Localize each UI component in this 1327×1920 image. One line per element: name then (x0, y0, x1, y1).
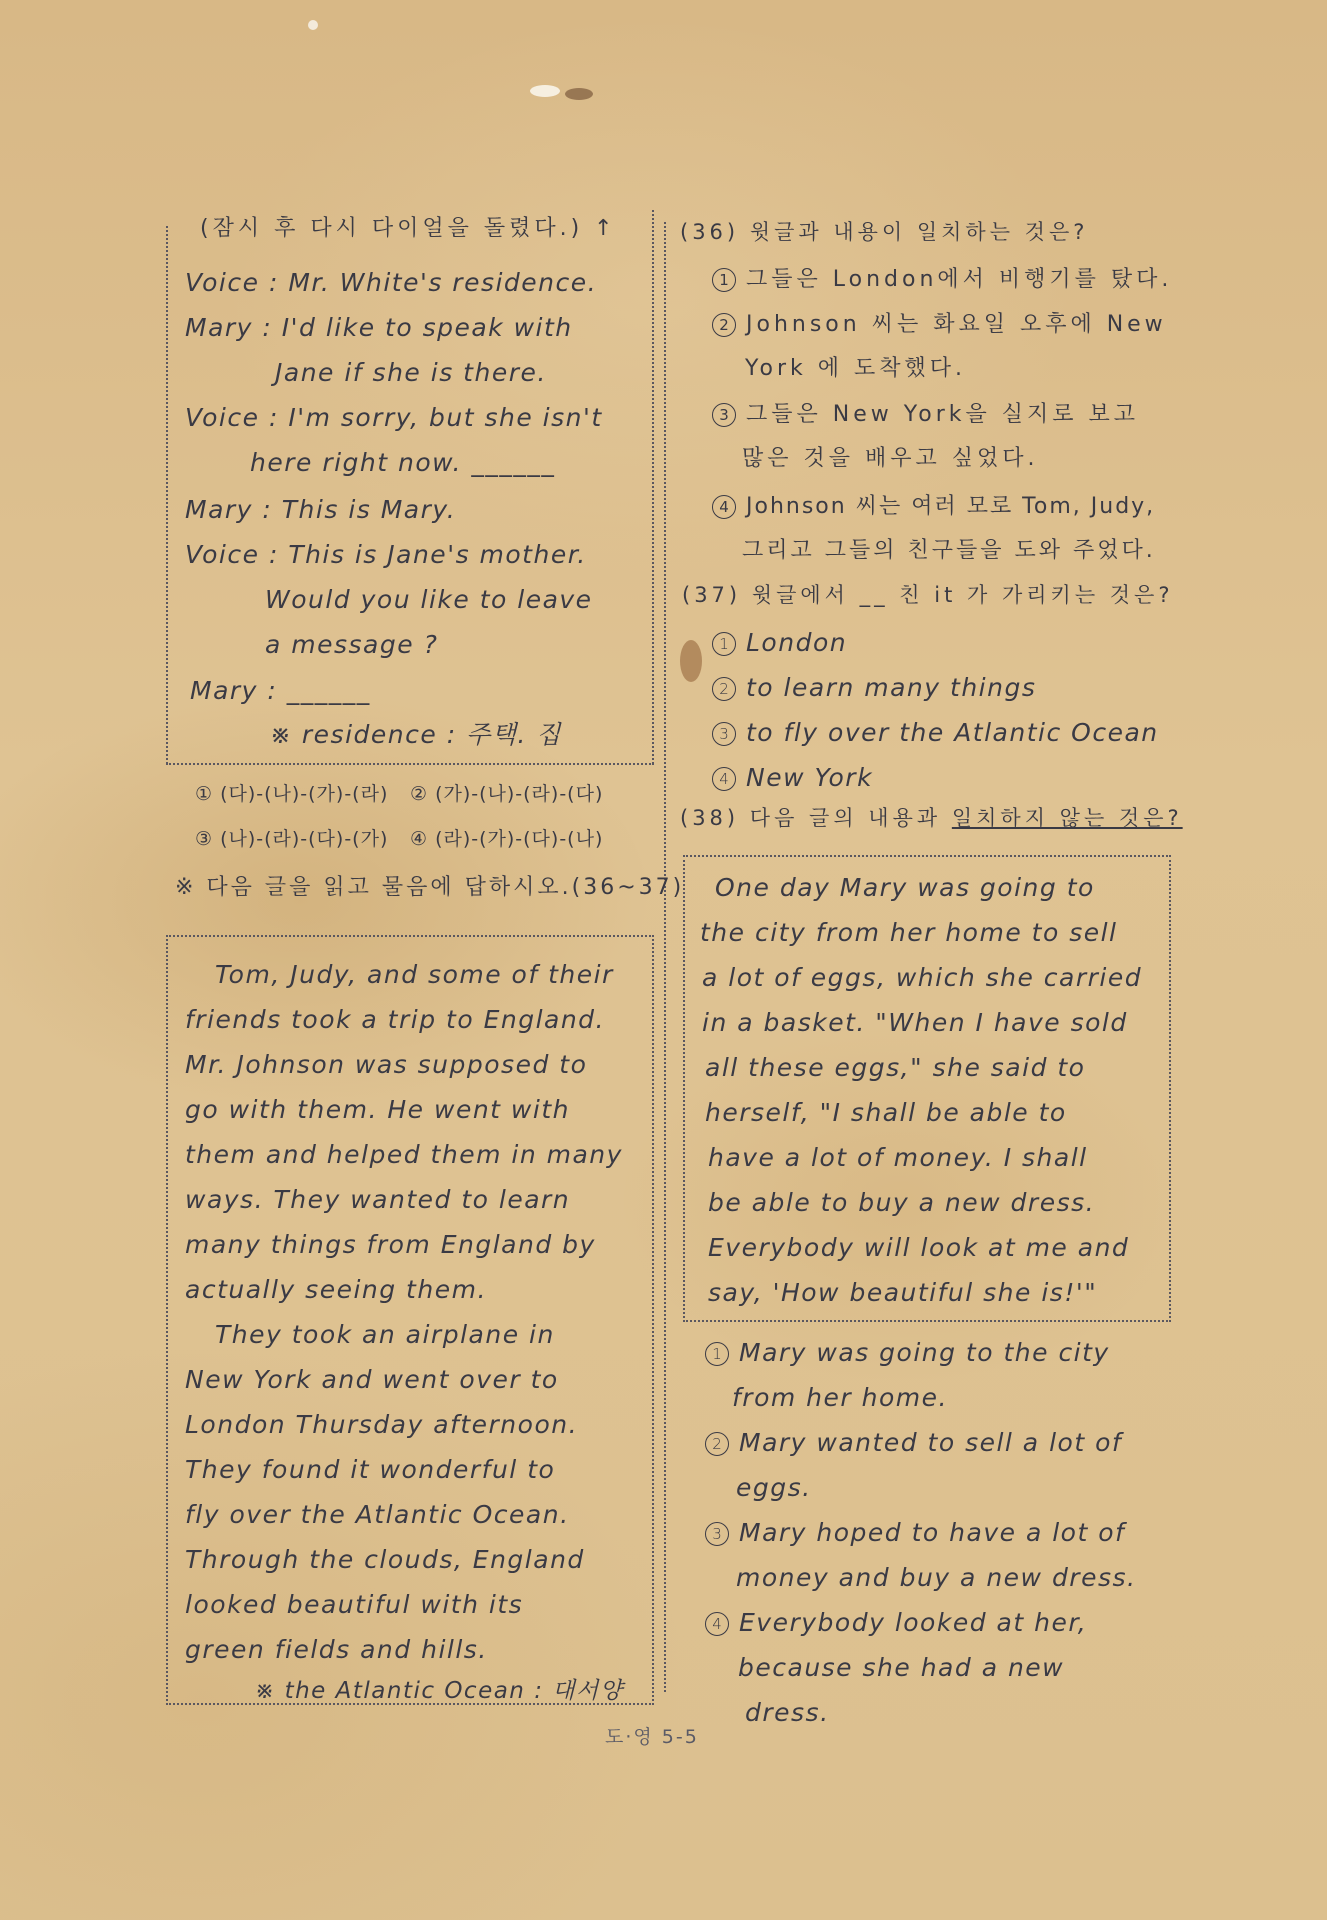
option-text: to fly over the Atlantic Ocean (746, 718, 1159, 747)
passage-line: many things from England by (185, 1232, 596, 1257)
circled-number-icon: 3 (705, 1522, 729, 1546)
option-1: ① (다)-(나)-(가)-(라) (195, 785, 388, 804)
dialogue-box-bottom-border (166, 763, 654, 765)
q37-option-3: 3to fly over the Atlantic Ocean (712, 720, 1159, 746)
circled-number-icon: 3 (712, 722, 736, 746)
column-divider (664, 222, 666, 1692)
q38-passage-line: a lot of eggs, which she carried (702, 965, 1142, 990)
dialogue-line: Jane if she is there. (275, 360, 547, 385)
q38-passage-line: all these eggs," she said to (705, 1055, 1085, 1080)
dialogue-line: Mary : ______ (190, 678, 371, 703)
q36-option-2-cont: York 에 도착했다. (745, 358, 966, 380)
q38-option-2-cont: eggs. (736, 1475, 812, 1500)
circled-number-icon: 4 (712, 495, 736, 519)
dialogue-line: Voice : This is Jane's mother. (185, 542, 587, 567)
q38-option-2: 2Mary wanted to sell a lot of (705, 1430, 1122, 1456)
option-text: Everybody looked at her, (739, 1608, 1087, 1637)
q38-option-4: 4Everybody looked at her, (705, 1610, 1087, 1636)
option-3: ③ (나)-(라)-(다)-(가) (195, 830, 388, 849)
q36-option-3: 3그들은 New York을 실지로 보고 (712, 403, 1139, 427)
passage-line: actually seeing them. (185, 1277, 487, 1302)
option-2: ② (가)-(나)-(라)-(다) (410, 785, 603, 804)
q36-option-1: 1그들은 London에서 비행기를 탔다. (712, 268, 1172, 292)
dialogue-box-right-border (652, 210, 654, 764)
question-prompt: 윗글에서 __ 친 it 가 가리키는 것은? (752, 583, 1174, 607)
stain-decoration (680, 640, 702, 682)
passage-line: London Thursday afternoon. (185, 1412, 578, 1437)
passage-line: ways. They wanted to learn (185, 1187, 570, 1212)
passage-line: Tom, Judy, and some of their (215, 962, 614, 987)
vocab-note: ※ the Atlantic Ocean : 대서양 (255, 1680, 623, 1703)
stain-decoration (308, 20, 318, 30)
option-text: 그들은 New York을 실지로 보고 (746, 402, 1139, 427)
page-footer: 도·영 5-5 (605, 1728, 699, 1747)
circled-number-icon: 1 (712, 632, 736, 656)
question-prompt: 윗글과 내용이 일치하는 것은? (750, 220, 1089, 244)
dialogue-line: Would you like to leave (265, 587, 593, 612)
circled-number-icon: 2 (705, 1432, 729, 1456)
q38-passage-line: Everybody will look at me and (708, 1235, 1129, 1260)
q37-option-4: 4New York (712, 765, 873, 791)
q38-option-3-cont: money and buy a new dress. (736, 1565, 1136, 1590)
passage-line: Mr. Johnson was supposed to (185, 1052, 587, 1077)
circled-number-icon: 4 (705, 1612, 729, 1636)
option-text: Mary wanted to sell a lot of (739, 1428, 1122, 1457)
q38-option-1-cont: from her home. (732, 1385, 948, 1410)
passage-line: They took an airplane in (215, 1322, 555, 1347)
vocab-note: ※ residence : 주택. 집 (270, 722, 562, 747)
q36-option-3-cont: 많은 것을 배우고 싶었다. (742, 448, 1039, 470)
circled-number-icon: 3 (712, 403, 736, 427)
option-4: ④ (라)-(가)-(다)-(나) (410, 830, 603, 849)
q38-passage-line: the city from her home to sell (700, 920, 1118, 945)
dialogue-line: a message ? (265, 632, 438, 657)
stain-decoration (530, 85, 560, 97)
question-37-text: (37) 윗글에서 __ 친 it 가 가리키는 것은? (682, 585, 1174, 606)
dialogue-line: Voice : Mr. White's residence. (185, 270, 597, 295)
passage-line: fly over the Atlantic Ocean. (185, 1502, 570, 1527)
q38-passage-line: One day Mary was going to (715, 875, 1095, 900)
option-text: Johnson 씨는 화요일 오후에 New (746, 312, 1167, 337)
q38-option-4-cont: because she had a new (738, 1655, 1064, 1680)
circled-number-icon: 1 (712, 268, 736, 292)
question-prompt: 다음 글의 내용과 (750, 806, 941, 830)
passage-line: friends took a trip to England. (185, 1007, 605, 1032)
q38-option-1: 1Mary was going to the city (705, 1340, 1110, 1366)
passage-line: They found it wonderful to (185, 1457, 555, 1482)
q36-option-4-cont: 그리고 그들의 친구들을 도와 주었다. (742, 540, 1156, 562)
question-number: (38) (680, 806, 739, 830)
q36-option-2: 2Johnson 씨는 화요일 오후에 New (712, 313, 1167, 337)
q38-option-3: 3Mary hoped to have a lot of (705, 1520, 1125, 1546)
option-text: to learn many things (746, 673, 1036, 702)
q37-option-2: 2to learn many things (712, 675, 1036, 701)
dialogue-box-left-border (166, 226, 168, 764)
q38-passage-line: say, 'How beautiful she is!'" (708, 1280, 1097, 1305)
circled-number-icon: 4 (712, 767, 736, 791)
q38-passage-line: herself, "I shall be able to (705, 1100, 1067, 1125)
dialogue-stage-direction: (잠시 후 다시 다이얼을 돌렸다.) ↑ (200, 218, 617, 240)
q38-passage-line: be able to buy a new dress. (708, 1190, 1095, 1215)
question-38-text: (38) 다음 글의 내용과 일치하지 않는 것은? (680, 808, 1183, 829)
q38-passage-line: have a lot of money. I shall (708, 1145, 1088, 1170)
dialogue-line: Mary : I'd like to speak with (185, 315, 573, 340)
q38-option-4-cont: dress. (745, 1700, 830, 1725)
question-36-text: (36) 윗글과 내용이 일치하는 것은? (680, 222, 1088, 243)
option-text: Johnson 씨는 여러 모로 Tom, Judy, (746, 494, 1155, 519)
passage-line: them and helped them in many (185, 1142, 623, 1167)
circled-number-icon: 2 (712, 313, 736, 337)
q36-option-4: 4Johnson 씨는 여러 모로 Tom, Judy, (712, 495, 1155, 519)
q37-option-1: 1London (712, 630, 847, 656)
dialogue-line: Voice : I'm sorry, but she isn't (185, 405, 603, 430)
option-text: Mary hoped to have a lot of (739, 1518, 1125, 1547)
passage-line: looked beautiful with its (185, 1592, 523, 1617)
passage-line: New York and went over to (185, 1367, 559, 1392)
option-text: London (746, 628, 847, 657)
question-number: (36) (680, 220, 739, 244)
circled-number-icon: 1 (705, 1342, 729, 1366)
passage-line: go with them. He went with (185, 1097, 570, 1122)
passage-line: Through the clouds, England (185, 1547, 585, 1572)
q38-passage-line: in a basket. "When I have sold (702, 1010, 1128, 1035)
question-prompt-underlined: 일치하지 않는 것은? (952, 806, 1183, 830)
option-text: 그들은 London에서 비행기를 탔다. (746, 267, 1172, 292)
option-text: New York (746, 763, 873, 792)
circled-number-icon: 2 (712, 677, 736, 701)
question-number: (37) (682, 583, 741, 607)
dialogue-line: Mary : This is Mary. (185, 497, 456, 522)
passage-line: green fields and hills. (185, 1637, 488, 1662)
section-instruction: ※ 다음 글을 읽고 물음에 답하시오.(36~37) (175, 877, 684, 899)
stain-decoration (565, 88, 593, 100)
dialogue-line: here right now. ______ (250, 450, 555, 475)
option-text: Mary was going to the city (739, 1338, 1110, 1367)
